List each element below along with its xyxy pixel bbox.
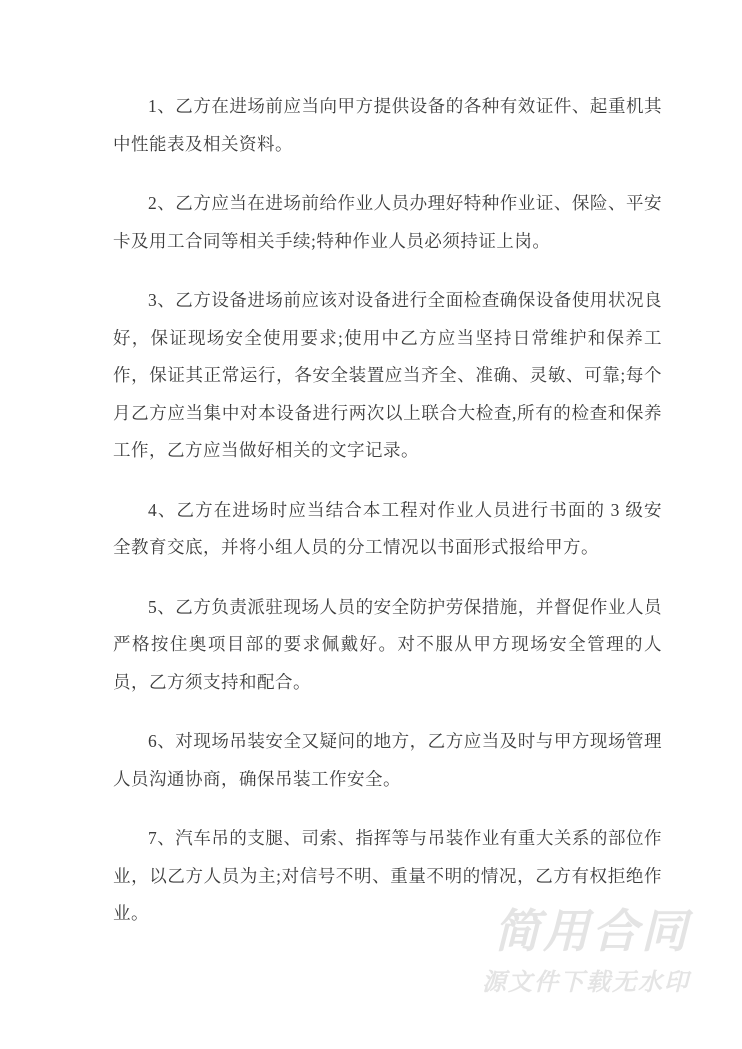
watermark-subtitle: 源文件下载无水印 (482, 962, 690, 997)
paragraph-2: 2、乙方应当在进场前给作业人员办理好特种作业证、保险、平安卡及用工合同等相关手续… (113, 185, 662, 260)
watermark-logo-text: 简用合同 (482, 906, 690, 957)
paragraph-5: 5、乙方负责派驻现场人员的安全防护劳保措施，并督促作业人员严格按住奥项目部的要求… (113, 589, 662, 702)
paragraph-1: 1、乙方在进场前应当向甲方提供设备的各种有效证件、起重机其中性能表及相关资料。 (113, 88, 662, 163)
paragraph-4: 4、乙方在进场时应当结合本工程对作业人员进行书面的 3 级安全教育交底，并将小组… (113, 492, 662, 567)
paragraph-6: 6、对现场吊装安全又疑问的地方，乙方应当及时与甲方现场管理人员沟通协商，确保吊装… (113, 723, 662, 798)
paragraph-3: 3、乙方设备进场前应该对设备进行全面检查确保设备使用状况良好，保证现场安全使用要… (113, 282, 662, 470)
document-body: 1、乙方在进场前应当向甲方提供设备的各种有效证件、起重机其中性能表及相关资料。 … (113, 88, 662, 955)
document-page: 1、乙方在进场前应当向甲方提供设备的各种有效证件、起重机其中性能表及相关资料。 … (0, 0, 742, 1049)
watermark: 简用合同 源文件下载无水印 (482, 906, 690, 997)
